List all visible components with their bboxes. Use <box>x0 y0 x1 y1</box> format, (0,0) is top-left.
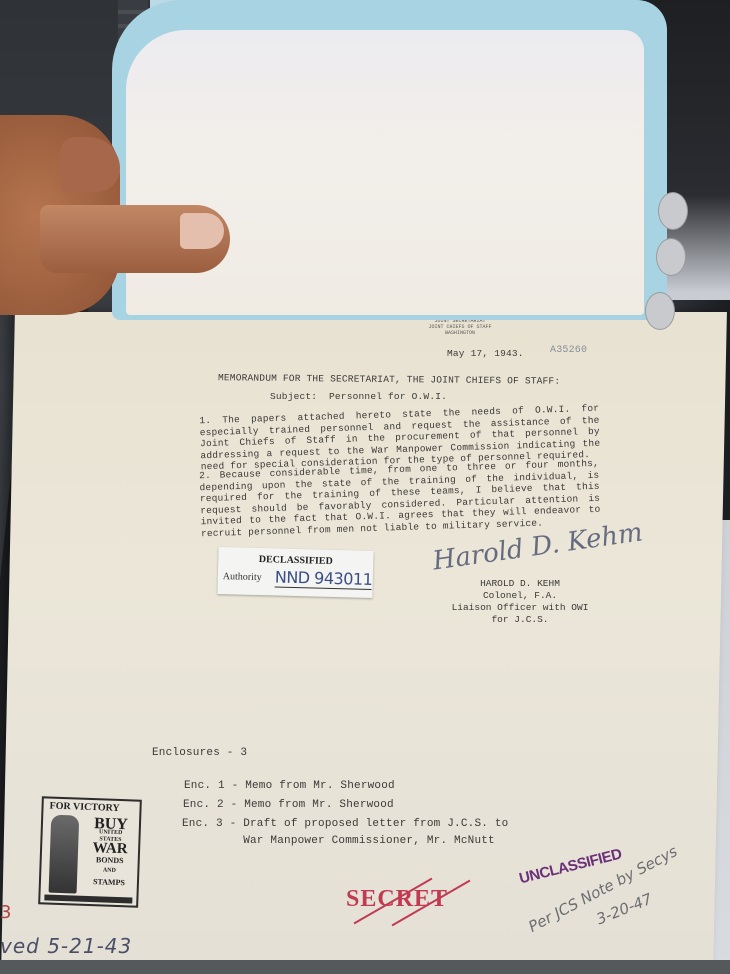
soldier-icon <box>49 815 80 894</box>
memo-subject: Subject: Personnel for O.W.I. <box>270 391 447 403</box>
letterhead: JOINT SECRETARIAT JOINT CHIEFS OF STAFF … <box>340 318 580 336</box>
signer-name: HAROLD D. KEHM <box>440 578 600 590</box>
divider-tab[interactable] <box>645 292 675 330</box>
document-number: A35260 <box>550 345 587 357</box>
war-bonds-stamp: FOR VICTORY BUY UNITED STATES WAR BONDS … <box>38 796 142 907</box>
divider-tab[interactable] <box>656 238 686 276</box>
enclosure-item: Enc. 2 - Memo from Mr. Sherwood <box>183 800 394 812</box>
stamp-base <box>44 894 132 903</box>
handwritten-page-mark: 3 <box>0 902 11 923</box>
signer-rank: Colonel, F.A. <box>440 590 600 602</box>
war-bonds-top: FOR VICTORY <box>49 801 119 814</box>
letterhead-line: WASHINGTON <box>340 330 580 336</box>
authority-value: NND 943011 <box>275 567 373 590</box>
enclosure-item: Enc. 1 - Memo from Mr. Sherwood <box>184 781 395 793</box>
declassified-heading: DECLASSIFIED <box>218 553 373 568</box>
thumbnail <box>180 213 224 249</box>
authority-label: Authority <box>223 571 262 583</box>
signer-org: for J.C.S. <box>440 614 600 626</box>
divider-tab[interactable] <box>658 192 688 230</box>
signature-block: HAROLD D. KEHM Colonel, F.A. Liaison Off… <box>440 578 600 626</box>
enclosure-item: War Manpower Commissioner, Mr. McNutt <box>182 836 495 848</box>
document-date: May 17, 1943. <box>447 348 524 360</box>
war-bonds-text: BUY UNITED STATES WAR BONDS AND STAMPS <box>87 818 133 888</box>
handwritten-bottom-note: ved 5-21-43 <box>0 934 132 958</box>
binder-bottom-edge <box>0 960 730 974</box>
enclosures-title: Enclosures - 3 <box>152 748 247 760</box>
signer-title: Liaison Officer with OWI <box>440 602 600 614</box>
declassified-label: DECLASSIFIED Authority NND 943011 <box>217 547 373 598</box>
paragraph-2: 2. Because considerable time, from one t… <box>199 458 601 540</box>
hand <box>0 115 230 315</box>
enclosure-item: Enc. 3 - Draft of proposed letter from J… <box>182 819 508 831</box>
